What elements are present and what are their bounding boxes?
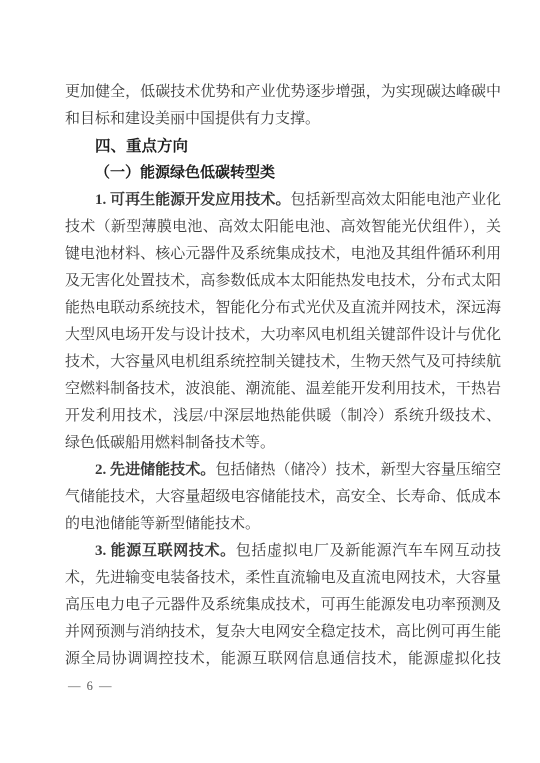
item-2-first-line-rest: 包括储热（储冷）技术，新型大容量压缩空 xyxy=(215,462,501,478)
item-1-line-3: 键电池材料、核心元器件及系统集成技术，电池及其组件循环利用 xyxy=(65,241,501,268)
paragraph-item-2: 2. 先进储能技术。包括储热（储冷）技术，新型大容量压缩空 气储能技术，大容量超… xyxy=(65,457,501,538)
item-2-line-2: 气储能技术，大容量超级电容储能技术，高安全、长寿命、低成本 xyxy=(65,484,501,511)
item-3-first-line-rest: 包括虚拟电厂及新能源汽车车网互动技 xyxy=(236,543,501,559)
document-page: 更加健全，低碳技术优势和产业优势逐步增强，为实现碳达峰碳中 和目标和建设美丽中国… xyxy=(0,0,540,763)
item-1-line-6: 大型风电场开发与设计技术，大功率风电机组关键部件设计与优化 xyxy=(65,322,501,349)
item-3-line-3: 高压电力电子元器件及系统集成技术，可再生能源发电功率预测及 xyxy=(65,592,501,619)
item-1-line-9: 开发利用技术，浅层/中深层地热能供暖（制冷）系统升级技术、 xyxy=(65,403,501,430)
item-1-line-7: 技术，大容量风电机组系统控制关键技术，生物天然气及可持续航 xyxy=(65,349,501,376)
item-1-lead: 1. 可再生能源开发应用技术。 xyxy=(95,192,291,208)
item-2-lead: 2. 先进储能技术。 xyxy=(95,462,215,478)
intro-line-2: 和目标和建设美丽中国提供有力支撑。 xyxy=(65,106,501,133)
item-3-line-1: 3. 能源互联网技术。包括虚拟电厂及新能源汽车车网互动技 xyxy=(65,538,501,565)
item-1-line-1: 1. 可再生能源开发应用技术。包括新型高效太阳能电池产业化 xyxy=(65,187,501,214)
item-3-line-2: 术，先进输变电装备技术，柔性直流输电及直流电网技术，大容量 xyxy=(65,565,501,592)
item-3-lead: 3. 能源互联网技术。 xyxy=(95,543,236,559)
item-3-line-5: 源全局协调调控技术，能源互联网信息通信技术，能源虚拟化技 xyxy=(65,646,501,673)
item-1-line-8: 空燃料制备技术，波浪能、潮流能、温差能开发利用技术，干热岩 xyxy=(65,376,501,403)
item-2-line-3: 的电池储能等新型储能技术。 xyxy=(65,511,501,538)
paragraph-item-3: 3. 能源互联网技术。包括虚拟电厂及新能源汽车车网互动技 术，先进输变电装备技术… xyxy=(65,538,501,673)
section-heading: 四、重点方向 xyxy=(65,133,501,160)
item-3-line-4: 并网预测与消纳技术，复杂大电网安全稳定技术，高比例可再生能 xyxy=(65,619,501,646)
intro-line-1: 更加健全，低碳技术优势和产业优势逐步增强，为实现碳达峰碳中 xyxy=(65,79,501,106)
item-1-line-5: 能热电联动系统技术，智能化分布式光伏及直流并网技术，深远海 xyxy=(65,295,501,322)
item-1-first-line-rest: 包括新型高效太阳能电池产业化 xyxy=(291,192,502,208)
paragraph-item-1: 1. 可再生能源开发应用技术。包括新型高效太阳能电池产业化 技术（新型薄膜电池、… xyxy=(65,187,501,457)
item-1-line-2: 技术（新型薄膜电池、高效太阳能电池、高效智能光伏组件），关 xyxy=(65,214,501,241)
page-footer: — 6 — xyxy=(68,677,113,695)
page-number: — 6 — xyxy=(68,679,113,693)
subsection-heading: （一）能源绿色低碳转型类 xyxy=(65,160,501,187)
item-2-line-1: 2. 先进储能技术。包括储热（储冷）技术，新型大容量压缩空 xyxy=(65,457,501,484)
intro-paragraph: 更加健全，低碳技术优势和产业优势逐步增强，为实现碳达峰碳中 和目标和建设美丽中国… xyxy=(65,79,501,133)
page-body: 更加健全，低碳技术优势和产业优势逐步增强，为实现碳达峰碳中 和目标和建设美丽中国… xyxy=(65,79,501,673)
item-1-line-4: 及无害化处置技术，高参数低成本太阳能热发电技术，分布式太阳 xyxy=(65,268,501,295)
item-1-line-10: 绿色低碳船用燃料制备技术等。 xyxy=(65,430,501,457)
